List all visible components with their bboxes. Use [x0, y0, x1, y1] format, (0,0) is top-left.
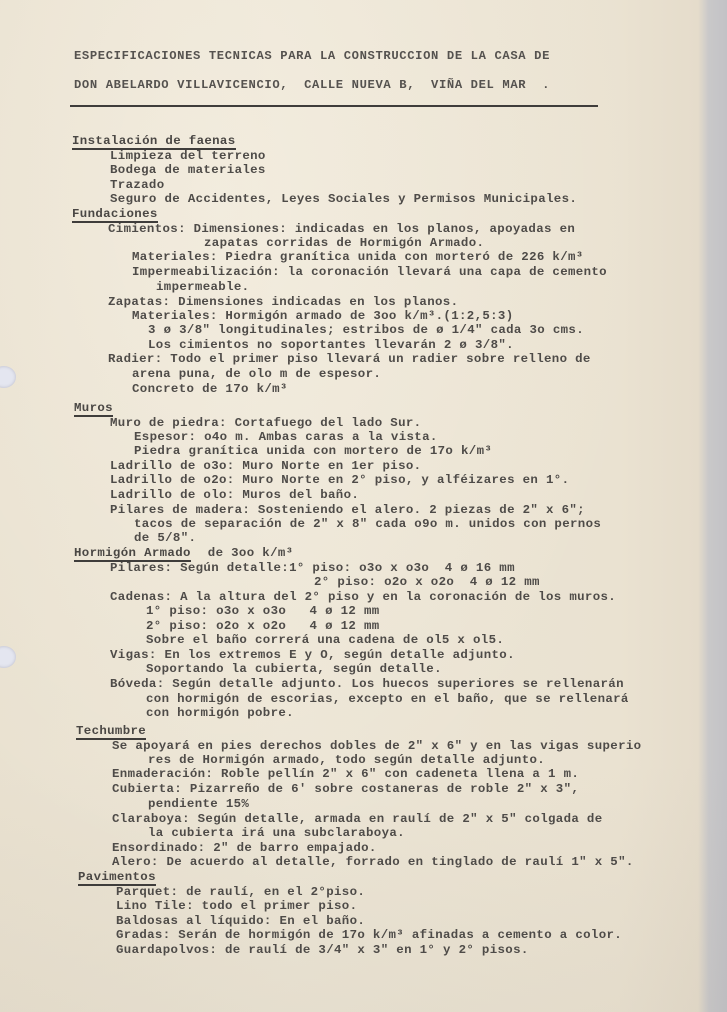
spec-line: Radier: Todo el primer piso llevará un r…	[108, 352, 591, 366]
section-heading-pavimentos: Pavimentos	[78, 870, 156, 886]
spec-line: Limpieza del terreno	[110, 149, 266, 163]
spec-line: Guardapolvos: de raulí de 3/4" x 3" en 1…	[116, 943, 529, 957]
spec-line: 2° piso: o2o x o2o 4 ø 12 mm	[146, 619, 380, 633]
spec-line: con hormigón pobre.	[146, 706, 294, 720]
spec-line: la cubierta irá una subclaraboya.	[148, 826, 405, 840]
spec-line: Vigas: En los extremos E y O, según deta…	[110, 648, 515, 662]
spec-line: Ladrillo de o2o: Muro Norte en 2° piso, …	[110, 473, 569, 487]
spec-line: Ladrillo de o3o: Muro Norte en 1er piso.	[110, 459, 421, 473]
spec-line: Soportando la cubierta, según detalle.	[146, 662, 442, 676]
spec-line: 1° piso: o3o x o3o 4 ø 12 mm	[146, 604, 380, 618]
spec-line: Piedra granítica unida con mortero de 17…	[134, 444, 492, 458]
spec-line: Concreto de 17o k/m³	[132, 382, 288, 396]
spec-line: res de Hormigón armado, todo según detal…	[148, 753, 545, 767]
spec-line: Cimientos: Dimensiones: indicadas en los…	[108, 222, 575, 236]
spec-line: Claraboya: Según detalle, armada en raul…	[112, 812, 603, 826]
spec-line: Espesor: o4o m. Ambas caras a la vista.	[134, 430, 438, 444]
spec-line: Materiales: Piedra granítica unida con m…	[132, 250, 584, 264]
spec-line: con hormigón de escorias, excepto en el …	[146, 692, 629, 706]
document-title-line-2: DON ABELARDO VILLAVICENCIO, CALLE NUEVA …	[74, 78, 550, 92]
spec-line: 2° piso: o2o x o2o 4 ø 12 mm	[314, 575, 540, 589]
spec-line: 3 ø 3/8" longitudinales; estribos de ø 1…	[148, 323, 584, 337]
spec-line: zapatas corridas de Hormigón Armado.	[204, 236, 484, 250]
spec-line: arena puna, de olo m de espesor.	[132, 367, 381, 381]
spec-line: de 5/8".	[134, 531, 196, 545]
spec-line: Cubierta: Pizarreño de 6' sobre costaner…	[112, 782, 579, 796]
section-heading-fundaciones: Fundaciones	[72, 207, 158, 223]
spec-line: pendiente 15%	[148, 797, 249, 811]
typewritten-document: ESPECIFICACIONES TECNICAS PARA LA CONSTR…	[0, 0, 727, 1012]
spec-line: tacos de separación de 2" x 8" cada o9o …	[134, 517, 601, 531]
section-heading-hormigon-armado: Hormigón Armado	[74, 546, 191, 562]
spec-line: Gradas: Serán de hormigón de 17o k/m³ af…	[116, 928, 622, 942]
title-divider	[70, 105, 598, 107]
spec-line: Enmaderación: Roble pellín 2" x 6" con c…	[112, 767, 579, 781]
spec-line: Muro de piedra: Cortafuego del lado Sur.	[110, 416, 421, 430]
spec-line: impermeable.	[156, 280, 249, 294]
spec-line: Bodega de materiales	[110, 163, 266, 177]
section-heading-suffix: de 3oo k/m³	[200, 546, 293, 560]
spec-line: Bóveda: Según detalle adjunto. Los hueco…	[110, 677, 624, 691]
spec-line: Cadenas: A la altura del 2° piso y en la…	[110, 590, 616, 604]
section-heading-instalacion: Instalación de faenas	[72, 134, 236, 150]
spec-line: Pilares: Según detalle:1° piso: o3o x o3…	[110, 561, 515, 575]
spec-line: Los cimientos no soportantes llevarán 2 …	[148, 338, 514, 352]
spec-line: Ensordinado: 2" de barro empajado.	[112, 841, 377, 855]
spec-line: Parquet: de raulí, en el 2°piso.	[116, 885, 365, 899]
spec-line: Materiales: Hormigón armado de 3oo k/m³.…	[132, 309, 514, 323]
spec-line: Zapatas: Dimensiones indicadas en los pl…	[108, 295, 458, 309]
spec-line: Ladrillo de olo: Muros del baño.	[110, 488, 359, 502]
spec-line: Trazado	[110, 178, 165, 192]
spec-line: Seguro de Accidentes, Leyes Sociales y P…	[110, 192, 577, 206]
section-heading-muros: Muros	[74, 401, 113, 417]
section-heading-techumbre: Techumbre	[76, 724, 146, 740]
document-title-line-1: ESPECIFICACIONES TECNICAS PARA LA CONSTR…	[74, 49, 550, 63]
spec-line: Se apoyará en pies derechos dobles de 2"…	[112, 739, 641, 753]
spec-line: Baldosas al líquido: En el baño.	[116, 914, 365, 928]
spec-line: Sobre el baño correrá una cadena de ol5 …	[146, 633, 504, 647]
spec-line: Pilares de madera: Sosteniendo el alero.…	[110, 503, 585, 517]
spec-line: Alero: De acuerdo al detalle, forrado en…	[112, 855, 634, 869]
spec-line: Lino Tile: todo el primer piso.	[116, 899, 357, 913]
spec-line: Impermeabilización: la coronación llevar…	[132, 265, 607, 279]
